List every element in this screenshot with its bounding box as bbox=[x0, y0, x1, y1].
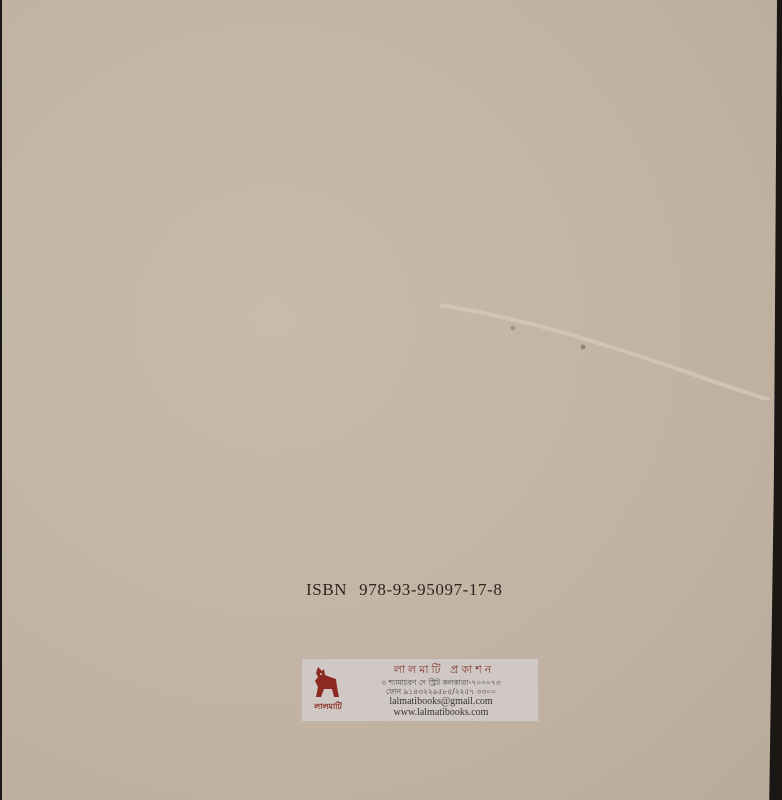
isbn-number: 978-93-95097-17-8 bbox=[359, 580, 502, 599]
isbn: ISBN978-93-95097-17-8 bbox=[306, 580, 503, 600]
horse-icon bbox=[312, 665, 340, 699]
publisher-website: www.lalmatibooks.com bbox=[348, 707, 534, 718]
logo-text: লালমাটি bbox=[306, 701, 350, 714]
publisher-logo: লালমাটি bbox=[306, 665, 346, 719]
publisher-label: লালমাটি লালমাটি প্রকাশন ৩ শ্যামাচরণ দে স… bbox=[301, 658, 539, 722]
isbn-label: ISBN bbox=[306, 580, 347, 599]
publisher-email: lalmatibooks@gmail.com bbox=[348, 696, 534, 707]
